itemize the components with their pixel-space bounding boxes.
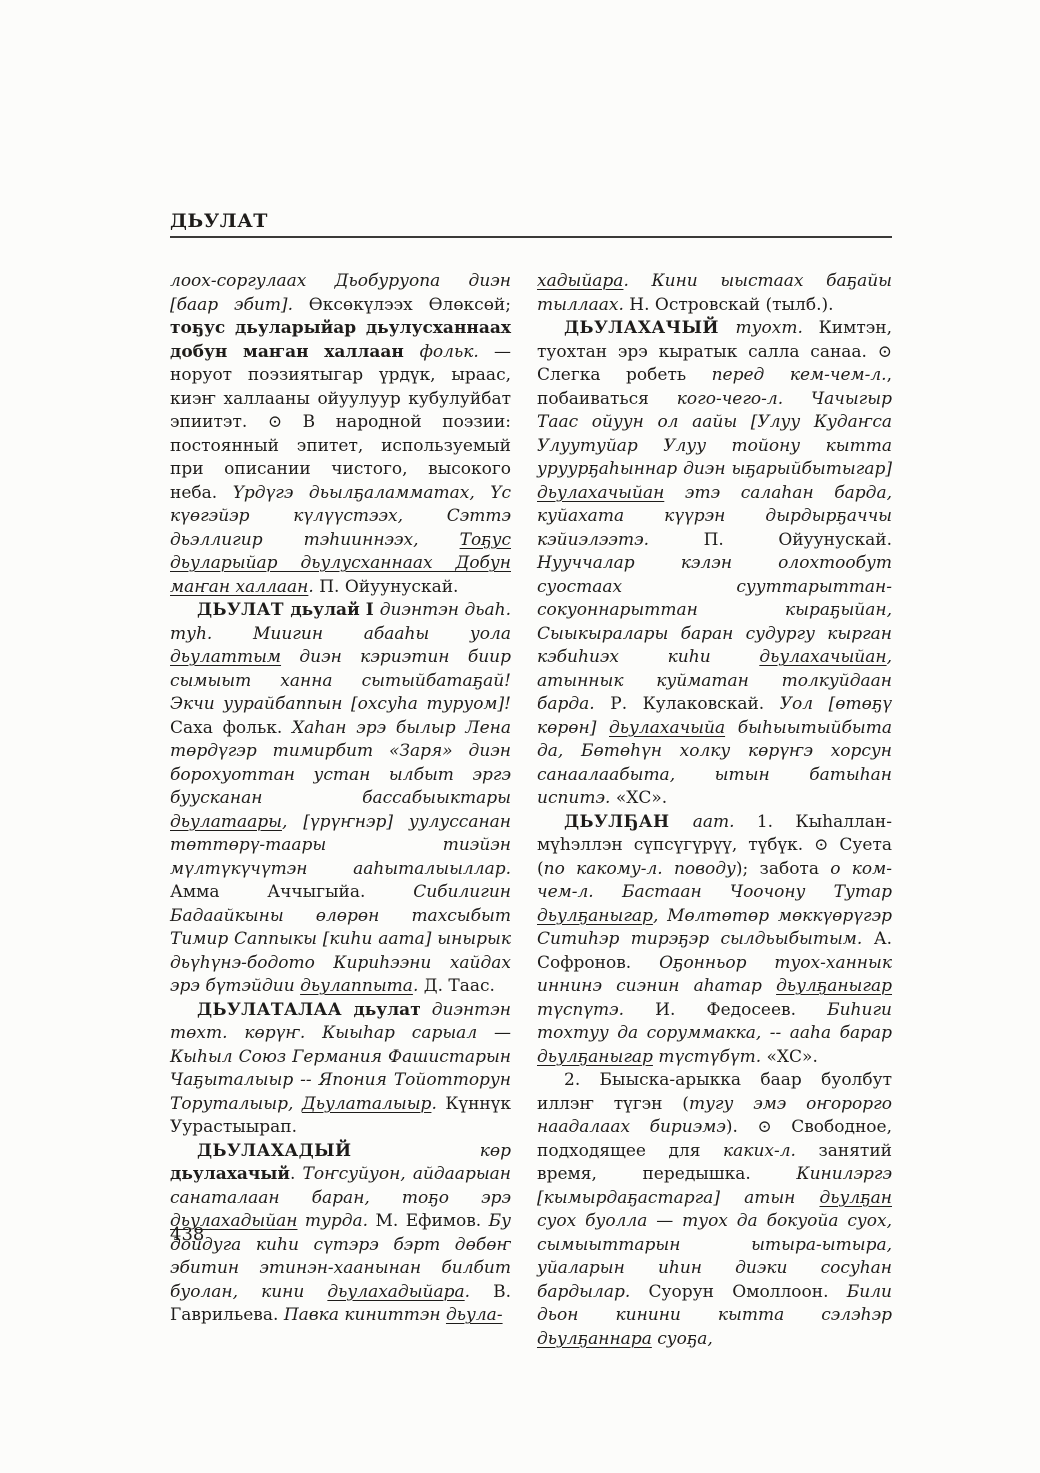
text-segment: каких-л.	[723, 1141, 796, 1161]
text-segment: дьулахачый	[170, 1164, 290, 1184]
text-segment: И. Федосеев.	[655, 1000, 827, 1020]
entry-dyulakhadyy: ДЬУЛАХАДЫЙ көр дьулахачый. Тоҥсуйуон, ай…	[170, 1140, 511, 1328]
entry-dyulgan-sense1: ДЬУЛҔАН аат. 1. Кыһаллан-мүһэллэн сүпсүг…	[537, 811, 892, 1070]
left-column: лоох-соргулаах Дьобуруопа диэн [баар эби…	[170, 270, 511, 1351]
text-segment: ); забота	[736, 859, 830, 879]
text-segment: .	[290, 1164, 303, 1184]
underlined-example-form: дьулҕаныгар	[776, 976, 892, 996]
underlined-example-form: дьулахадыйара	[327, 1282, 464, 1302]
text-segment: туохт.	[736, 318, 819, 338]
text-segment: Р. Кулаковскай.	[610, 694, 779, 714]
entry-dyulakhachyy: ДЬУЛАХАЧЫЙ туохт. Кимтэн, туохтан эрэ кы…	[537, 317, 892, 811]
text-segment: дьулат	[353, 1000, 431, 1020]
underlined-example-form: хадыйара	[537, 271, 623, 291]
text-segment: Амма Аччыгыйа.	[170, 882, 413, 902]
entry-dyulat: ДЬУЛАТ дьулай I диэнтэн дьаһ. туһ. Мииги…	[170, 599, 511, 999]
text-segment: Суорун Омоллоон.	[649, 1282, 847, 1302]
text-segment: .	[431, 1094, 445, 1114]
underlined-example-form: дьулахачыйан	[759, 647, 886, 667]
text-block: ДЬУЛАТ лоох-соргулаах Дьобуруопа диэн [б…	[170, 210, 892, 1351]
text-segment: турда.	[297, 1211, 375, 1231]
text-segment: П. Ойуунускай.	[319, 577, 458, 597]
text-segment: Саха фольк.	[170, 718, 292, 738]
underlined-example-form: дьулахачыйан	[537, 483, 664, 503]
text-segment: аат.	[693, 812, 757, 832]
underlined-example-form: дьулатаары	[170, 812, 282, 832]
text-segment: .	[413, 976, 424, 996]
text-segment: .	[465, 1282, 493, 1302]
headword: ДЬУЛҔАН	[564, 812, 693, 832]
running-head: ДЬУЛАТ	[170, 210, 892, 232]
underlined-example-form: дьулахачыйа	[609, 718, 725, 738]
underlined-example-form: дьулаттым	[170, 647, 281, 667]
text-segment: Павка киниттэн	[284, 1305, 446, 1325]
entry-dyulgan-sense2: 2. Быыска-арыкка баар буолбут иллэҥ түгэ…	[537, 1069, 892, 1351]
text-segment: по какому-л. поводу	[544, 859, 736, 879]
underlined-example-form: Дьулаталыыр	[302, 1094, 432, 1114]
text-segment: «ХС».	[767, 1047, 818, 1067]
text-segment: .	[308, 577, 319, 597]
text-segment: — норуот поэзиятыгар үрдүк, ыраас, киэҥ …	[170, 342, 511, 503]
text-segment: дьулай I	[290, 600, 379, 620]
right-column: хадыйара. Кини ыыстаах баҕайы тыллаах. Н…	[537, 270, 892, 1351]
text-segment: Өксөкүлээх Өлөксөй;	[309, 295, 511, 315]
text-segment: суоҕа,	[652, 1329, 713, 1349]
header-rule	[170, 236, 892, 238]
text-segment: перед кем-чем-л.	[712, 365, 887, 385]
underlined-example-form: дьулҕаныгар	[537, 1047, 653, 1067]
underlined-example-form: дьулҕаныгар	[537, 906, 653, 926]
entry-continuation: лоох-соргулаах Дьобуруопа диэн [баар эби…	[170, 270, 511, 599]
text-segment: П. Ойуунускай.	[704, 530, 892, 550]
entry-dyulakhadyy-continuation: хадыйара. Кини ыыстаах баҕайы тыллаах. Н…	[537, 270, 892, 317]
underlined-example-form: дьулаппыта	[300, 976, 413, 996]
columns: лоох-соргулаах Дьобуруопа диэн [баар эби…	[170, 270, 892, 1351]
headword: ДЬУЛАТАЛАА	[197, 1000, 353, 1020]
text-segment: түстүбүт.	[653, 1047, 767, 1067]
text-segment: түспүтэ.	[537, 1000, 655, 1020]
text-segment: Д. Таас.	[424, 976, 495, 996]
headword: ДЬУЛАТ	[197, 600, 290, 620]
text-segment: көр	[480, 1141, 511, 1161]
text-segment: «ХС».	[616, 788, 667, 808]
headword: ДЬУЛАХАЧЫЙ	[564, 318, 736, 338]
underlined-example-form: дьула-	[446, 1305, 503, 1325]
text-segment: фольк.	[420, 342, 494, 362]
underlined-example-form: дьулҕаннара	[537, 1329, 652, 1349]
page-number: 438	[170, 1224, 204, 1245]
entry-dyulatalaa: ДЬУЛАТАЛАА дьулат диэнтэн төхт. көрүҥ. К…	[170, 999, 511, 1140]
text-segment: М. Ефимов.	[376, 1211, 489, 1231]
dictionary-page: ДЬУЛАТ лоох-соргулаах Дьобуруопа диэн [б…	[0, 0, 1040, 1473]
text-segment: Н. Островскай (тылб.).	[629, 295, 833, 315]
underlined-example-form: дьулҕан	[820, 1188, 892, 1208]
headword: ДЬУЛАХАДЫЙ	[197, 1141, 480, 1161]
